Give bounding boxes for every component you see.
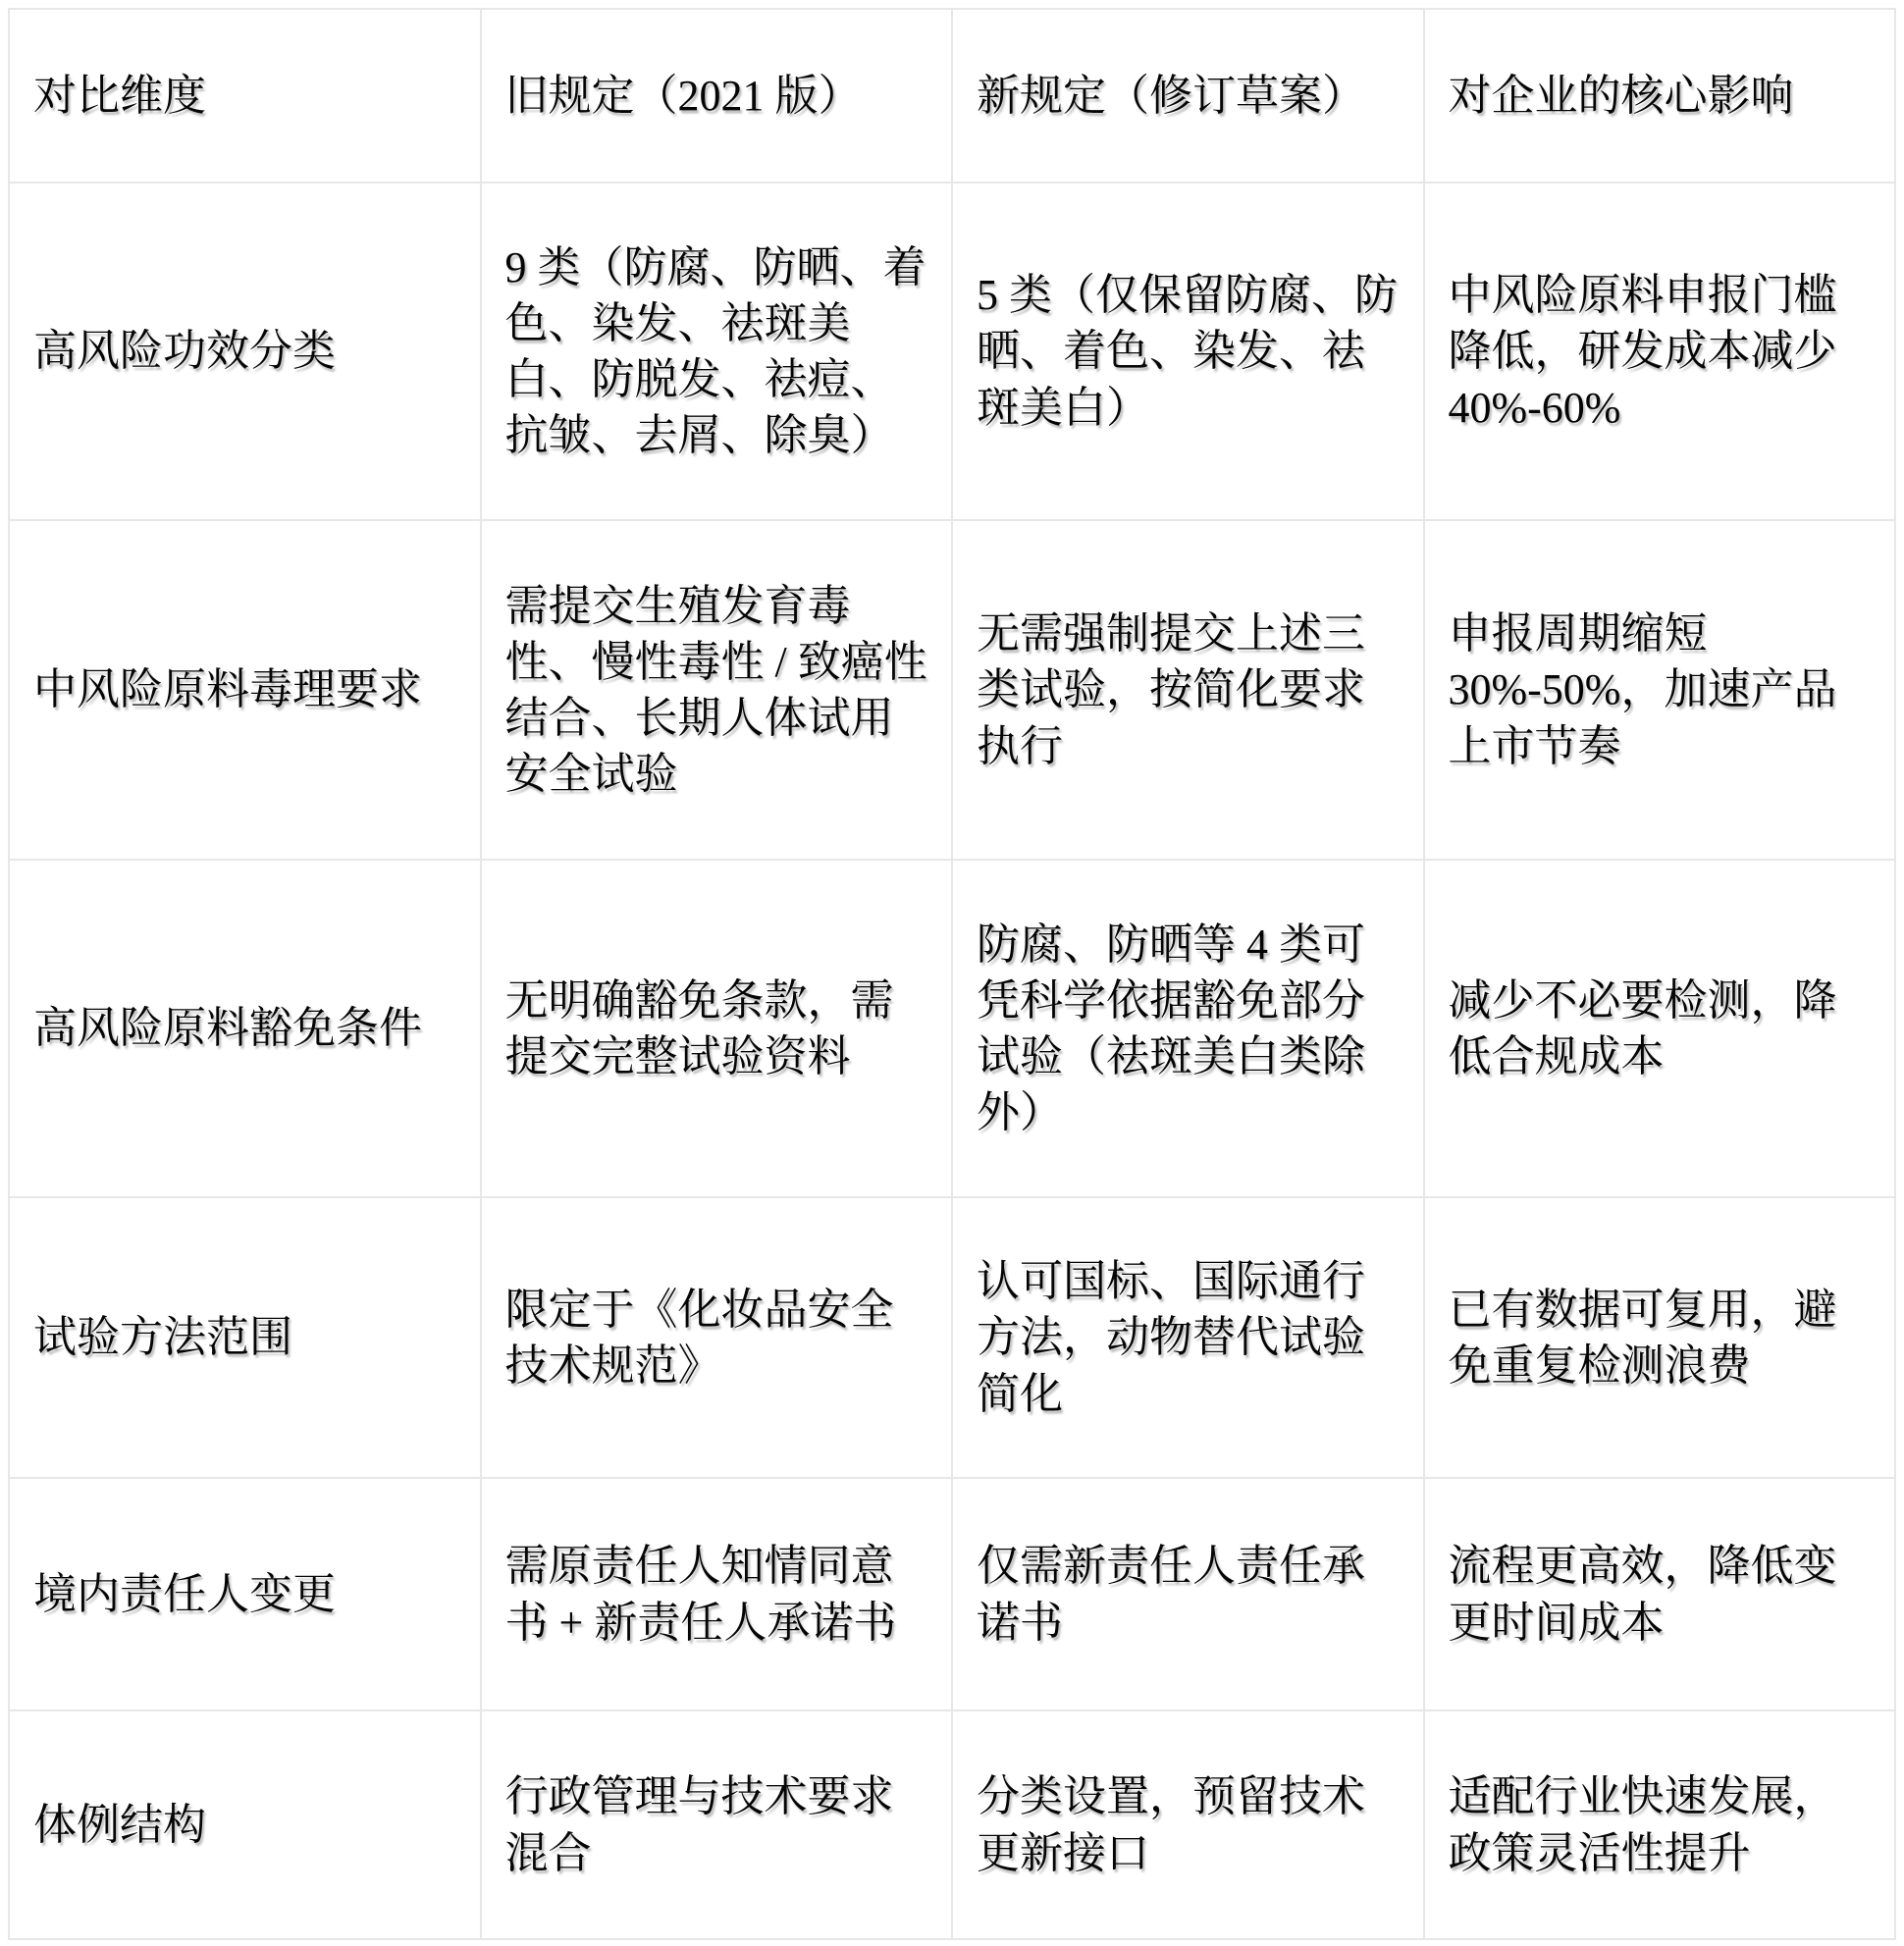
cell-new-regulation: 认可国标、国际通行方法，动物替代试验简化 [952,1197,1424,1478]
cell-dimension: 高风险功效分类 [9,183,481,520]
cell-old-regulation: 行政管理与技术要求混合 [481,1710,953,1939]
table-row: 高风险功效分类 9 类（防腐、防晒、着色、染发、祛斑美白、防脱发、祛痘、抗皱、去… [9,183,1895,520]
column-header-impact: 对企业的核心影响 [1424,9,1896,183]
table-body: 高风险功效分类 9 类（防腐、防晒、着色、染发、祛斑美白、防脱发、祛痘、抗皱、去… [9,183,1895,1939]
cell-old-regulation: 限定于《化妆品安全技术规范》 [481,1197,953,1478]
cell-dimension: 中风险原料毒理要求 [9,520,481,860]
table-row: 中风险原料毒理要求 需提交生殖发育毒性、慢性毒性 / 致癌性结合、长期人体试用安… [9,520,1895,860]
cell-new-regulation: 防腐、防晒等 4 类可凭科学依据豁免部分试验（祛斑美白类除外） [952,860,1424,1197]
column-header-new-regulation: 新规定（修订草案） [952,9,1424,183]
cell-new-regulation: 分类设置，预留技术更新接口 [952,1710,1424,1939]
cell-old-regulation: 9 类（防腐、防晒、着色、染发、祛斑美白、防脱发、祛痘、抗皱、去屑、除臭） [481,183,953,520]
cell-dimension: 试验方法范围 [9,1197,481,1478]
cell-new-regulation: 无需强制提交上述三类试验，按简化要求执行 [952,520,1424,860]
table-row: 高风险原料豁免条件 无明确豁免条款，需提交完整试验资料 防腐、防晒等 4 类可凭… [9,860,1895,1197]
table-row: 体例结构 行政管理与技术要求混合 分类设置，预留技术更新接口 适配行业快速发展，… [9,1710,1895,1939]
cell-new-regulation: 5 类（仅保留防腐、防晒、着色、染发、祛斑美白） [952,183,1424,520]
cell-impact: 流程更高效，降低变更时间成本 [1424,1478,1896,1710]
table-header: 对比维度 旧规定（2021 版） 新规定（修订草案） 对企业的核心影响 [9,9,1895,183]
cell-impact: 已有数据可复用，避免重复检测浪费 [1424,1197,1896,1478]
cell-old-regulation: 需提交生殖发育毒性、慢性毒性 / 致癌性结合、长期人体试用安全试验 [481,520,953,860]
table-row: 试验方法范围 限定于《化妆品安全技术规范》 认可国标、国际通行方法，动物替代试验… [9,1197,1895,1478]
cell-impact: 适配行业快速发展，政策灵活性提升 [1424,1710,1896,1939]
regulation-comparison-table: 对比维度 旧规定（2021 版） 新规定（修订草案） 对企业的核心影响 高风险功… [8,8,1896,1940]
cell-old-regulation: 需原责任人知情同意书 + 新责任人承诺书 [481,1478,953,1710]
cell-old-regulation: 无明确豁免条款，需提交完整试验资料 [481,860,953,1197]
cell-dimension: 境内责任人变更 [9,1478,481,1710]
table-header-row: 对比维度 旧规定（2021 版） 新规定（修订草案） 对企业的核心影响 [9,9,1895,183]
cell-impact: 中风险原料申报门槛降低，研发成本减少 40%-60% [1424,183,1896,520]
column-header-old-regulation: 旧规定（2021 版） [481,9,953,183]
column-header-dimension: 对比维度 [9,9,481,183]
table-row: 境内责任人变更 需原责任人知情同意书 + 新责任人承诺书 仅需新责任人责任承诺书… [9,1478,1895,1710]
cell-new-regulation: 仅需新责任人责任承诺书 [952,1478,1424,1710]
cell-dimension: 高风险原料豁免条件 [9,860,481,1197]
cell-dimension: 体例结构 [9,1710,481,1939]
cell-impact: 减少不必要检测，降低合规成本 [1424,860,1896,1197]
cell-impact: 申报周期缩短 30%-50%，加速产品上市节奏 [1424,520,1896,860]
